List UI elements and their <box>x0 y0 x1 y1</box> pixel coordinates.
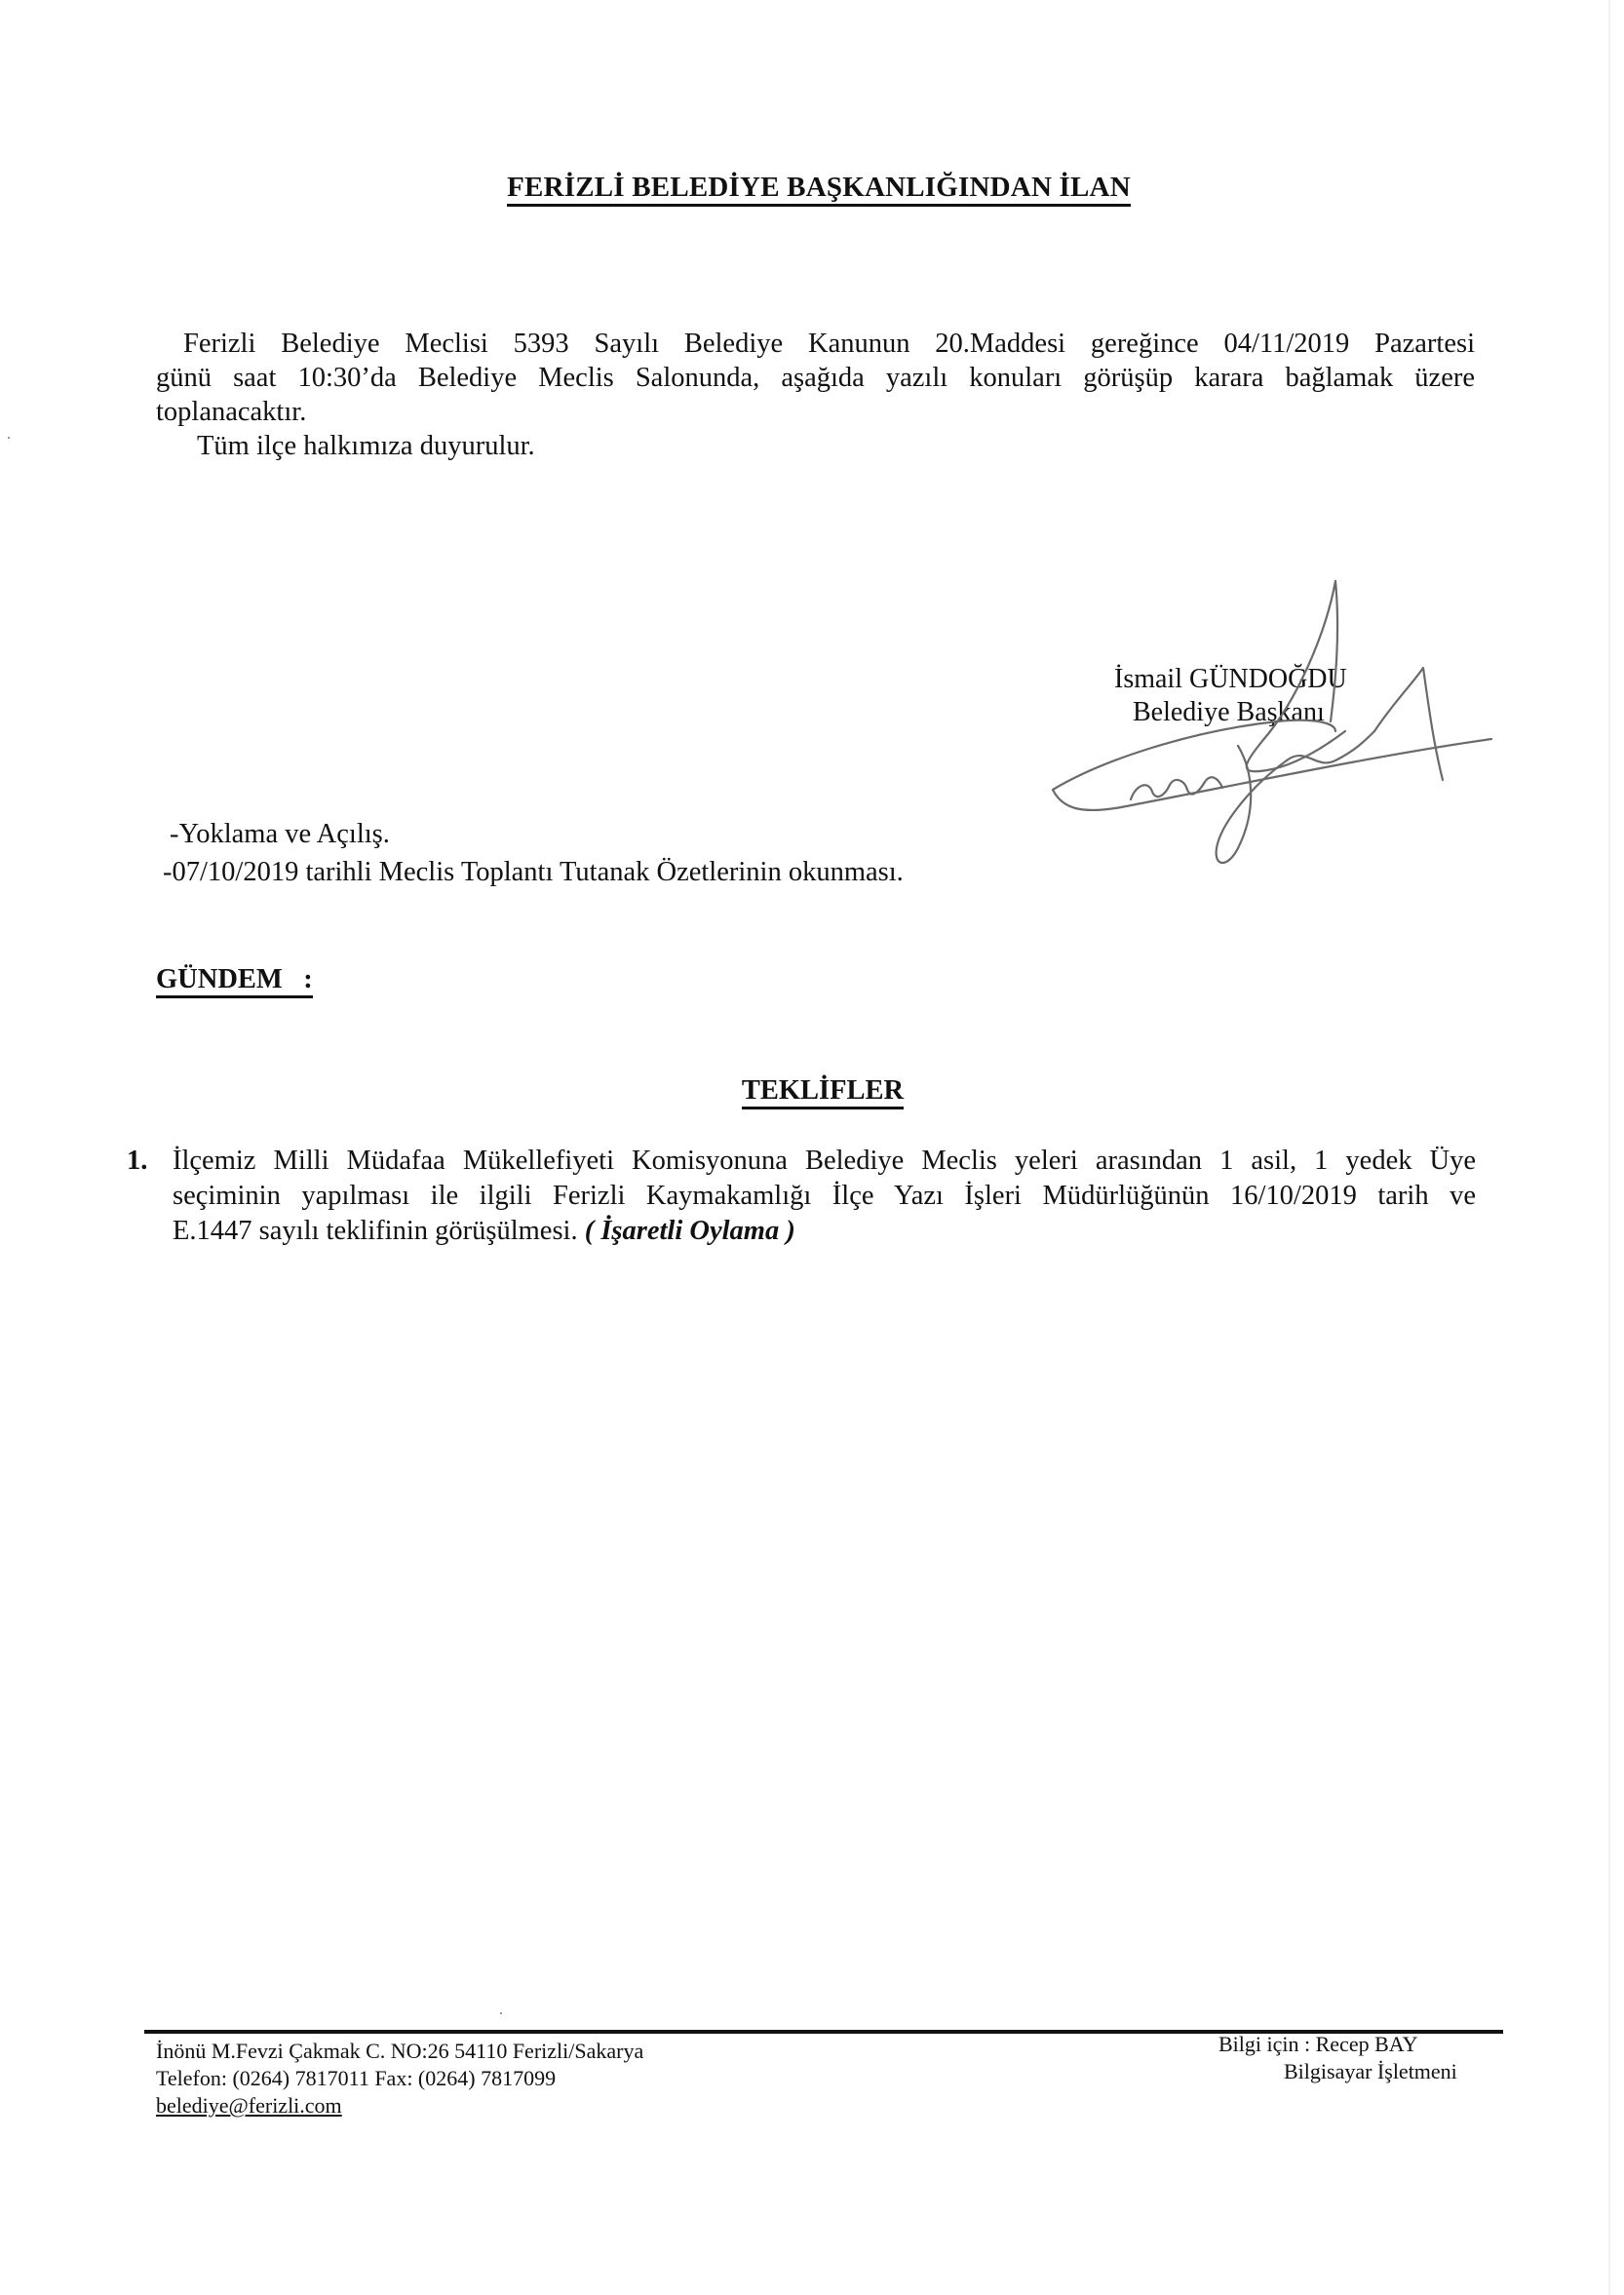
intro-line-3: toplanacaktır. <box>156 395 1475 429</box>
footer-contact: İnönü M.Fevzi Çakmak C. NO:26 54110 Feri… <box>156 2038 643 2120</box>
scan-speck <box>500 2012 502 2014</box>
proposal-line-1: İlçemiz Milli Müdafaa Mükellefiyeti Komi… <box>173 1144 1476 1179</box>
proposals-heading: TEKLİFLER <box>0 1075 1624 1107</box>
proposals-heading-text: TEKLİFLER <box>742 1075 904 1109</box>
announcement-line: Tüm ilçe halkımıza duyurulur. <box>156 429 1475 463</box>
proposal-number: 1. <box>127 1144 156 1179</box>
footer-info-contact: Bilgi için : Recep BAY <box>1218 2031 1457 2058</box>
footer-email-link[interactable]: belediye@ferizli.com <box>156 2092 643 2120</box>
opening-item-roll-call: -Yoklama ve Açılış. <box>163 815 904 853</box>
handwritten-signature-icon <box>1043 575 1511 887</box>
opening-items: -Yoklama ve Açılış. -07/10/2019 tarihli … <box>163 815 904 891</box>
footer-address: İnönü M.Fevzi Çakmak C. NO:26 54110 Feri… <box>156 2038 643 2065</box>
intro-line-2: günü saat 10:30’da Belediye Meclis Salon… <box>156 361 1475 395</box>
document-title-text: FERİZLİ BELEDİYE BAŞKANLIĞINDAN İLAN <box>507 172 1131 207</box>
scan-speck <box>8 437 10 439</box>
proposal-vote-type: ( İşaretli Oylama ) <box>585 1216 795 1246</box>
footer-phone-fax: Telefon: (0264) 7817011 Fax: (0264) 7817… <box>156 2065 643 2092</box>
agenda-heading: GÜNDEM : <box>156 964 313 995</box>
signatory-title: Belediye Başkanı <box>1114 696 1347 729</box>
opening-item-minutes: -07/10/2019 tarihli Meclis Toplantı Tuta… <box>163 853 904 891</box>
scan-page-edge <box>1608 0 1610 2295</box>
proposal-body: İlçemiz Milli Müdafaa Mükellefiyeti Komi… <box>173 1144 1476 1249</box>
footer-info: Bilgi için : Recep BAY Bilgisayar İşletm… <box>1218 2031 1457 2085</box>
intro-paragraph: Ferizli Belediye Meclisi 5393 Sayılı Bel… <box>156 327 1475 463</box>
proposal-line-3-wrap: E.1447 sayılı teklifinin görüşülmesi. ( … <box>173 1214 1476 1249</box>
footer-info-role: Bilgisayar İşletmeni <box>1218 2058 1457 2085</box>
agenda-heading-text: GÜNDEM : <box>156 964 313 998</box>
document-title: FERİZLİ BELEDİYE BAŞKANLIĞINDAN İLAN <box>0 172 1624 204</box>
proposal-line-2: seçiminin yapılması ile ilgili Ferizli K… <box>173 1179 1476 1214</box>
signatory-name: İsmail GÜNDOĞDU <box>1114 663 1347 696</box>
intro-line-1: Ferizli Belediye Meclisi 5393 Sayılı Bel… <box>156 327 1475 361</box>
signatory-block: İsmail GÜNDOĞDU Belediye Başkanı <box>1114 663 1347 729</box>
proposal-line-3: E.1447 sayılı teklifinin görüşülmesi. <box>173 1216 578 1246</box>
